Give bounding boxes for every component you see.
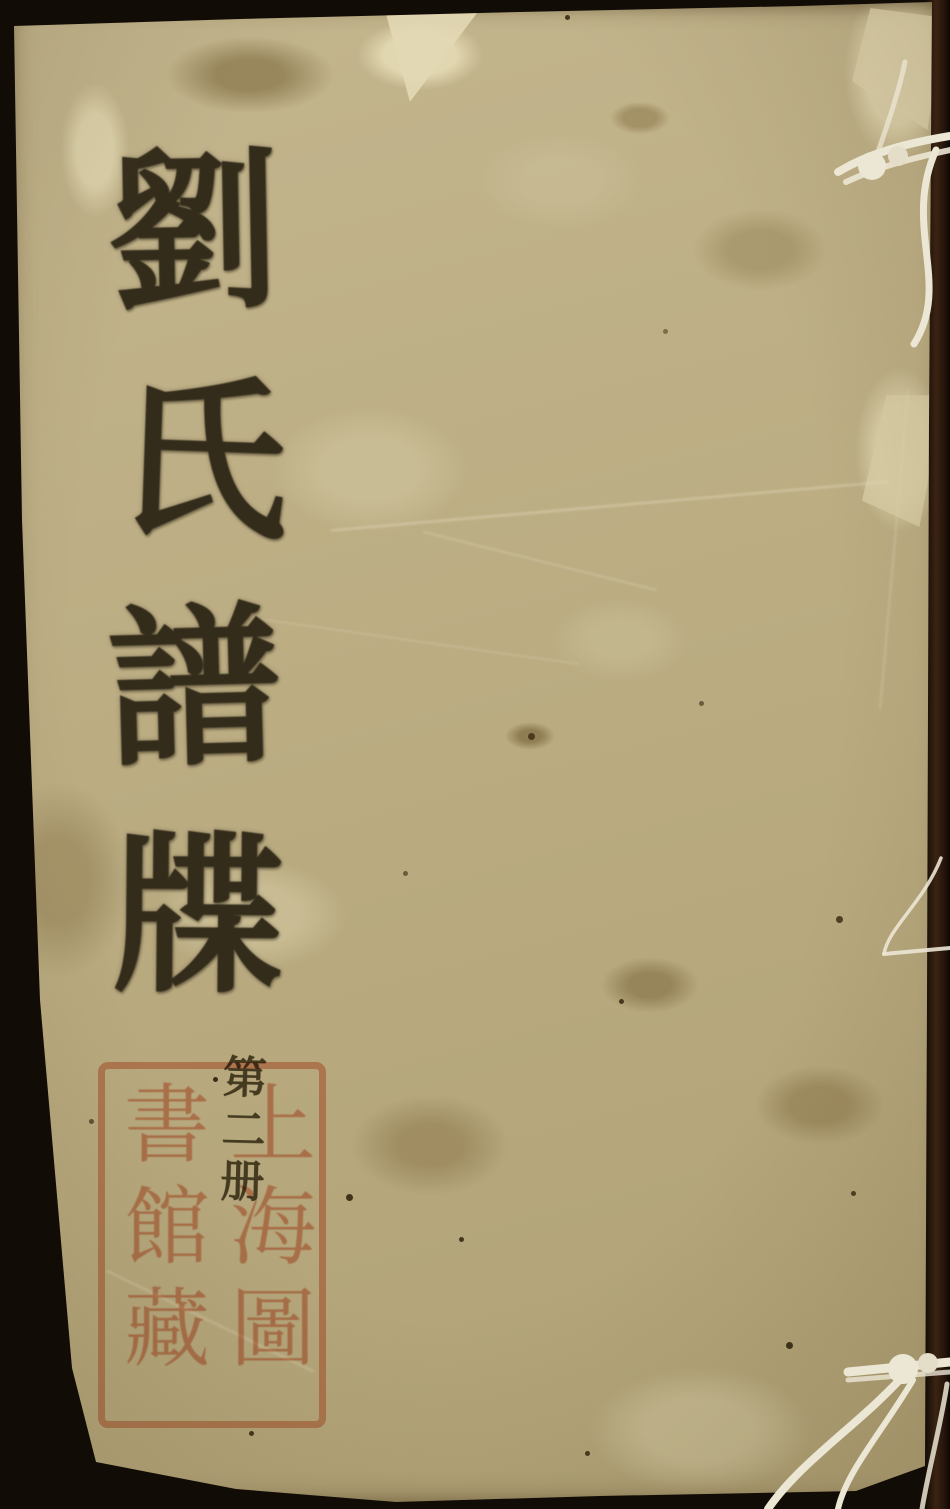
paper-crease: [106, 1270, 314, 1373]
title-char-shi: 氏: [76, 352, 327, 570]
cover-title: 劉 氏 譜 牒: [72, 128, 316, 1022]
title-char-liu: 劉: [70, 126, 318, 340]
seal-text: 上海圖 書館藏: [106, 1069, 318, 1421]
torn-paper-patch: [377, 5, 478, 106]
torn-paper-patch: [852, 8, 944, 130]
paper-crease: [879, 391, 909, 710]
title-char-die: 牒: [75, 811, 321, 1023]
paper-crease: [423, 531, 656, 591]
paper-crease: [331, 481, 889, 532]
library-collection-seal: 上海圖 書館藏: [98, 1062, 326, 1428]
paper-crease: [251, 617, 578, 665]
title-char-pu: 譜: [69, 581, 318, 797]
cover-paper: 劉 氏 譜 牒 第二册 上海圖 書館藏: [0, 0, 950, 1509]
volume-label: 第二册: [203, 1053, 272, 1255]
